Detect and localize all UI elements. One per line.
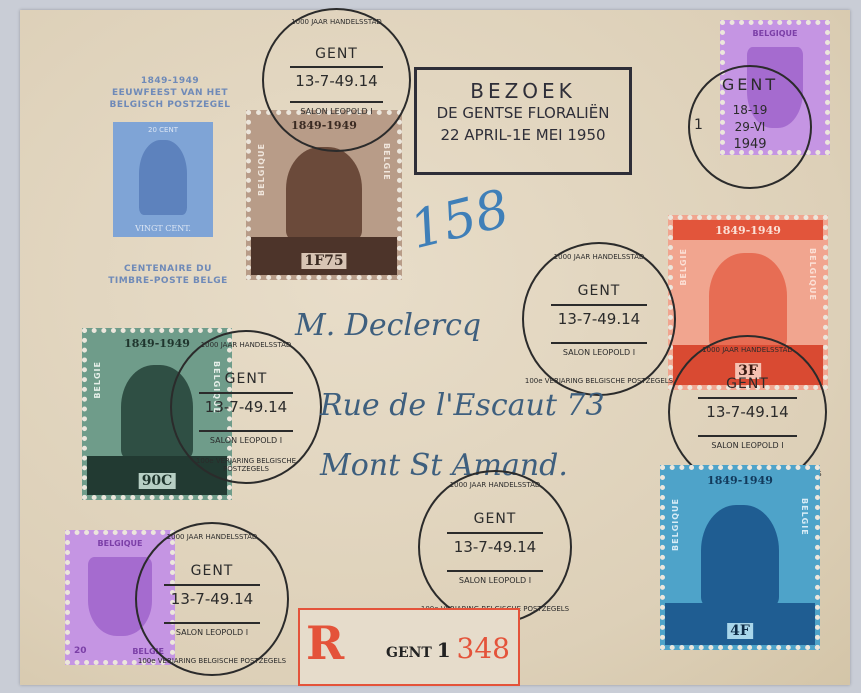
stamp-top-text: BELGIQUE <box>725 29 825 38</box>
registration-office-name: GENT <box>386 645 432 661</box>
postmark-date: 13-7-49.14 <box>420 538 570 556</box>
stamp-years: 1849-1949 <box>665 474 815 487</box>
postmark-date: 13-7-49.14 <box>137 590 287 608</box>
address-line-name: M. Declercq <box>295 308 481 343</box>
cachet-dutch-line1: EEUWFEEST VAN HET <box>95 87 245 99</box>
postmark-date: 13-7-49.14 <box>524 310 674 328</box>
postmark-rule <box>447 532 543 534</box>
registration-letter: R <box>306 616 344 670</box>
stamp-blue-4f: 1849-1949 BELGIQUE BELGIE 4F <box>660 465 820 650</box>
stamp-years: 1849-1949 <box>673 224 823 237</box>
slogan-line3: 22 APRIL-1E MEI 1950 <box>417 124 629 146</box>
cachet-french-line2: TIMBRE-POSTE BELGE <box>88 275 248 287</box>
registration-office-number: 1 <box>437 638 451 662</box>
cachet-french-text: CENTENAIRE DU TIMBRE-POSTE BELGE <box>88 263 248 287</box>
postmark-rule <box>447 570 543 572</box>
cachet-years: 1849-1949 <box>95 75 245 87</box>
postmark-sub: SALON LEOPOLD I <box>524 348 674 357</box>
postmark-ring-top: 1000 JAAR HANDELSSTAD <box>137 533 287 541</box>
stamp-left-text: BELGIE <box>679 248 688 286</box>
postmark-sub: SALON LEOPOLD I <box>264 107 409 116</box>
postmark-sub: SALON LEOPOLD I <box>172 436 320 445</box>
postmark-ring-top: 1000 JAAR HANDELSSTAD <box>420 481 570 489</box>
portrait-icon <box>286 147 362 240</box>
postmark-rule <box>290 101 383 103</box>
stamp-left-text: BELGIQUE <box>671 498 680 551</box>
stamp-right-text: BELGIE <box>382 143 391 181</box>
registration-label: R GENT 1 348 <box>298 608 520 686</box>
handwritten-number: 158 <box>404 179 515 261</box>
envelope-cover: 1849-1949 EEUWFEEST VAN HET BELGISCH POS… <box>20 10 850 685</box>
portrait-icon <box>139 140 187 215</box>
vignette-bottom-text: VINGT CENT. <box>113 224 213 233</box>
stamp-right-text: BELGIQUE <box>808 248 817 301</box>
cachet-french-line1: CENTENAIRE DU <box>88 263 248 275</box>
postmark-rule <box>551 304 647 306</box>
cancel-date: 29-VI <box>690 120 810 134</box>
portrait-icon <box>701 505 779 607</box>
cancel-year: 1949 <box>690 137 810 152</box>
postmark-rule <box>199 430 294 432</box>
postmark-city: GENT <box>137 563 287 579</box>
address-line-street: Rue de l'Escaut 73 <box>320 388 605 423</box>
stamp-right-text: BELGIE <box>800 498 809 536</box>
stamp-left-text: BELGIQUE <box>257 143 266 196</box>
postmark-ring-bottom: 100e VERJARING BELGISCHE POSTZEGELS <box>137 657 287 665</box>
postmark-rule <box>551 342 647 344</box>
slogan-line1: BEZOEK <box>417 80 629 102</box>
stamp-value: 1F75 <box>301 253 346 269</box>
postmark-top: 1000 JAAR HANDELSSTAD GENT 13-7-49.14 SA… <box>262 8 411 152</box>
cachet-vignette: 20 CENT VINGT CENT. <box>113 122 213 237</box>
stamp-left-text: BELGIE <box>93 361 102 399</box>
slogan-cancel: BEZOEK DE GENTSE FLORALIËN 22 APRIL-1E M… <box>414 67 632 175</box>
postmark-city: GENT <box>264 46 409 62</box>
cachet-dutch-text: 1849-1949 EEUWFEEST VAN HET BELGISCH POS… <box>95 75 245 111</box>
postmark-rule <box>698 397 797 399</box>
postmark-bottom-left: 1000 JAAR HANDELSSTAD GENT 13-7-49.14 SA… <box>135 522 289 676</box>
slogan-line2: DE GENTSE FLORALIËN <box>417 102 629 124</box>
stamp-value: 20 <box>74 646 87 656</box>
postmark-sub: SALON LEOPOLD I <box>137 628 287 637</box>
stamp-value: 4F <box>727 623 753 639</box>
postmark-ring-bottom: 100e VERJARING BELGISCHE POSTZEGELS <box>524 377 674 385</box>
postmark-ring-top: 1000 JAAR HANDELSSTAD <box>524 253 674 261</box>
address-line-city: Mont St Amand. <box>320 448 568 483</box>
postmark-rule <box>698 435 797 437</box>
postmark-middle: 1000 JAAR HANDELSSTAD GENT 13-7-49.14 SA… <box>522 242 676 396</box>
postmark-rule <box>290 66 383 68</box>
postmark-bottom-center: 1000 JAAR HANDELSSTAD GENT 13-7-49.14 SA… <box>418 470 572 624</box>
postmark-city: GENT <box>670 376 825 392</box>
postmark-date: 13-7-49.14 <box>670 403 825 421</box>
postmark-ring-top: 1000 JAAR HANDELSSTAD <box>264 18 409 26</box>
postmark-ring-top: 1000 JAAR HANDELSSTAD <box>670 346 825 354</box>
receiving-cancel: GENT 18-19 29-VI 1949 1 <box>688 65 812 189</box>
postmark-city: GENT <box>420 511 570 527</box>
postmark-date: 13-7-49.14 <box>264 72 409 90</box>
cancel-office: 1 <box>694 117 703 133</box>
postmark-ring-bottom: 100e VERJARING BELGISCHE POSTZEGELS <box>172 457 320 473</box>
stamp-value: 90C <box>139 473 176 489</box>
cancel-time: 18-19 <box>690 103 810 117</box>
cachet-dutch-line2: BELGISCH POSTZEGEL <box>95 99 245 111</box>
postmark-rule <box>199 392 294 394</box>
cancel-city: GENT <box>690 75 810 94</box>
postmark-rule <box>164 622 260 624</box>
registration-office: GENT 1 <box>386 638 451 662</box>
registration-number: 348 <box>457 632 510 665</box>
postmark-rule <box>164 584 260 586</box>
postmark-sub: SALON LEOPOLD I <box>420 576 570 585</box>
postmark-city: GENT <box>524 283 674 299</box>
postmark-left: 1000 JAAR HANDELSSTAD GENT 13-7-49.14 SA… <box>170 330 322 484</box>
postmark-date: 13-7-49.14 <box>172 398 320 416</box>
postmark-city: GENT <box>172 371 320 387</box>
postmark-sub: SALON LEOPOLD I <box>670 441 825 450</box>
vignette-top-text: 20 CENT <box>113 126 213 134</box>
